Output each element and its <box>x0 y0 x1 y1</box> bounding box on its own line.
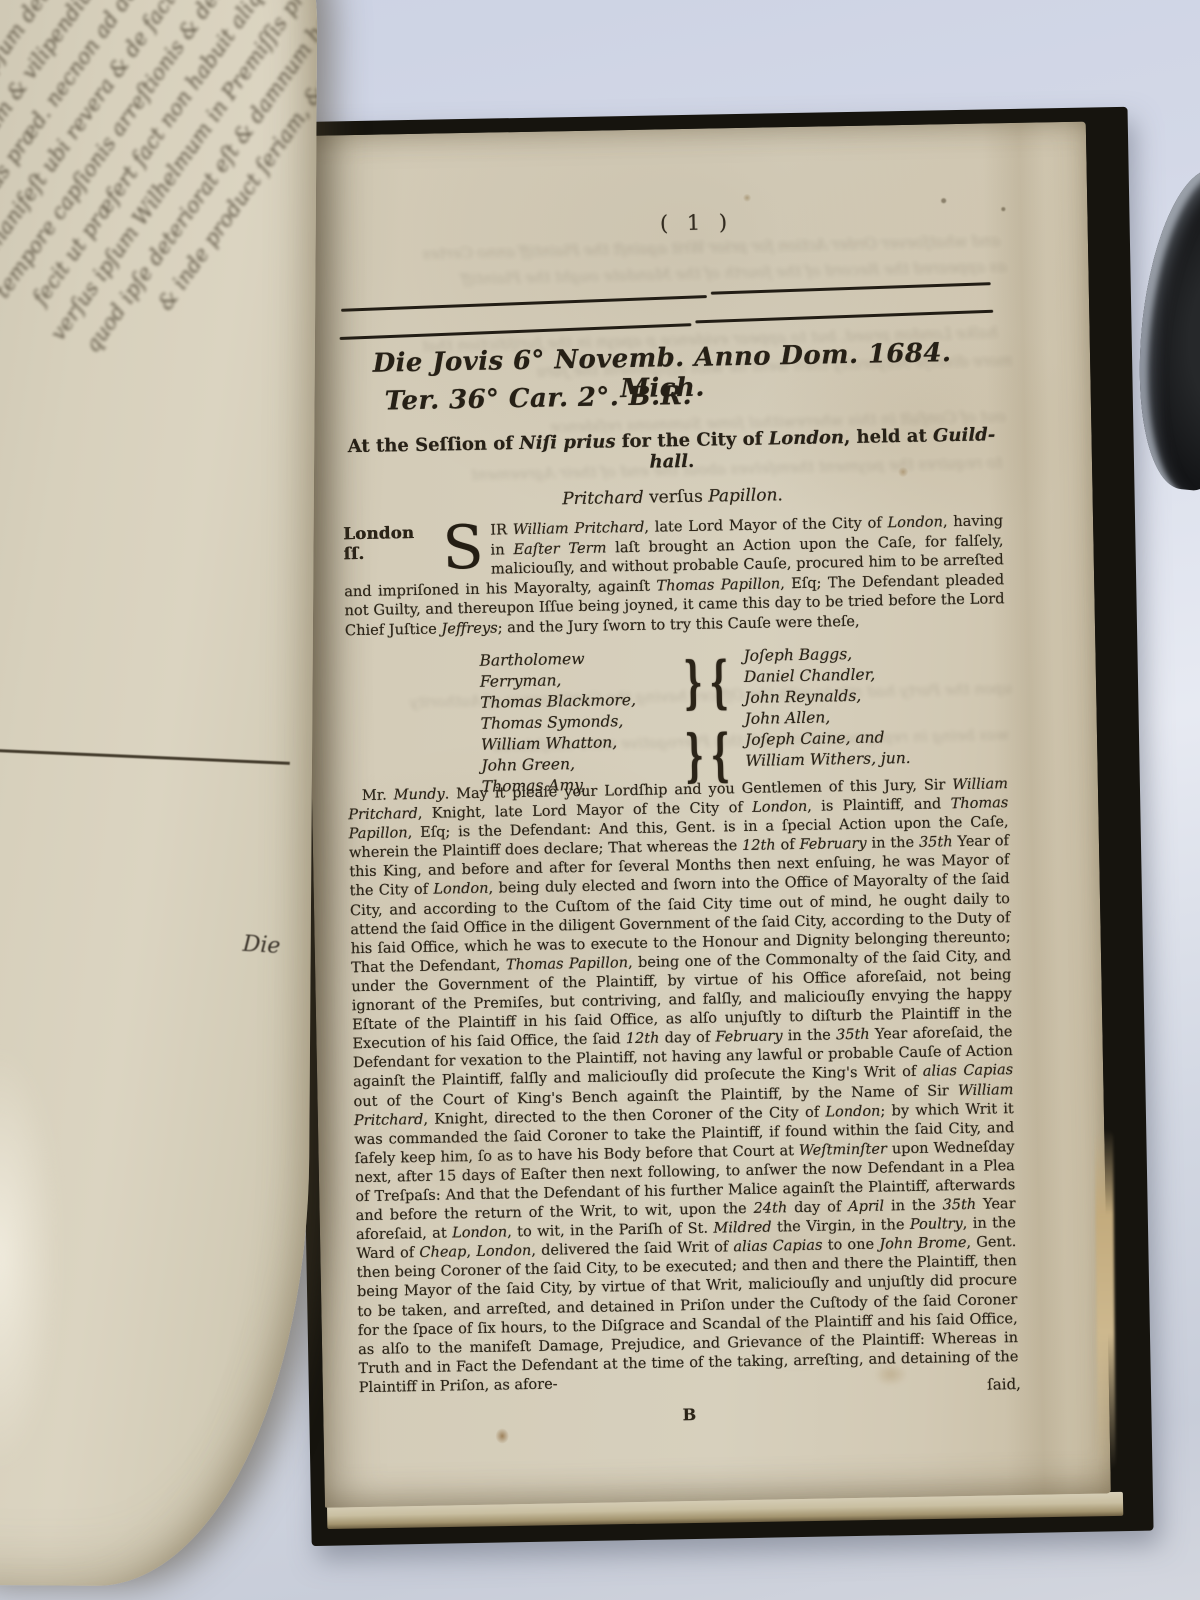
foxing-stain <box>743 194 751 202</box>
deckle-rough-edge <box>1095 1129 1116 1469</box>
foxing-stain <box>898 467 908 477</box>
photograph-of-open-antique-book: and whatſoever Order Action for prior Wr… <box>0 0 1200 1600</box>
printed-page-recto: and whatſoever Order Action for prior Wr… <box>300 122 1111 1508</box>
verso-latin-text-out-of-focus: ſequem Cuſtod. ipſum deteriori malitioſe… <box>0 0 318 486</box>
signature-mark: B <box>359 1399 1019 1430</box>
jury-left-margin <box>345 651 482 800</box>
horizontal-rule <box>340 323 692 339</box>
juror-name: Bartholomew Ferryman, <box>479 647 668 692</box>
counsel-opening-speech: Mr. Mundy. May it pleaſe your Lordſhip a… <box>348 775 1019 1398</box>
facing-page-verso: ſequem Cuſtod. ipſum deteriori malitioſe… <box>0 0 318 1587</box>
verso-catchword: Die <box>242 932 281 959</box>
horizontal-rule <box>341 295 707 312</box>
opening-paragraph: London ſſ. S IR William Pritchard, late … <box>343 511 1005 641</box>
ink-speck <box>941 198 946 203</box>
brace-left-icon: { <box>710 728 730 784</box>
case-title: Pritchard verſus Papillon. <box>342 481 1002 513</box>
margin-note-london-ss: London ſſ. <box>343 523 441 564</box>
book-cover-board: and whatſoever Order Action for prior Wr… <box>286 107 1154 1546</box>
catchword: ſaid, <box>987 1375 1021 1394</box>
brace-right-icon: } <box>683 655 703 711</box>
ink-speck <box>1001 207 1005 211</box>
drop-cap-initial: S <box>440 521 491 574</box>
verso-horizontal-rule <box>0 749 290 765</box>
horizontal-rule <box>711 282 991 295</box>
dark-object-right-edge <box>1125 163 1200 495</box>
jury-braces: } { } { <box>667 646 746 794</box>
page-number: ( 1 ) <box>301 204 1087 242</box>
brace-right-icon: } <box>684 729 704 785</box>
brace-left-icon: { <box>709 655 729 711</box>
foxing-stain <box>496 1428 509 1443</box>
juror-name: William Withers, jun. <box>745 746 1007 772</box>
jury-column-right: Joſeph Baggs, Daniel Chandler, John Reyn… <box>743 641 1008 793</box>
jury-column-left: Bartholomew Ferryman, Thomas Blackmore, … <box>479 647 670 797</box>
brace-pair: } { <box>667 651 744 715</box>
dateline-heading-line2: Ter. 36° Car. 2°. B.R. <box>384 381 692 417</box>
horizontal-rule <box>695 310 993 324</box>
